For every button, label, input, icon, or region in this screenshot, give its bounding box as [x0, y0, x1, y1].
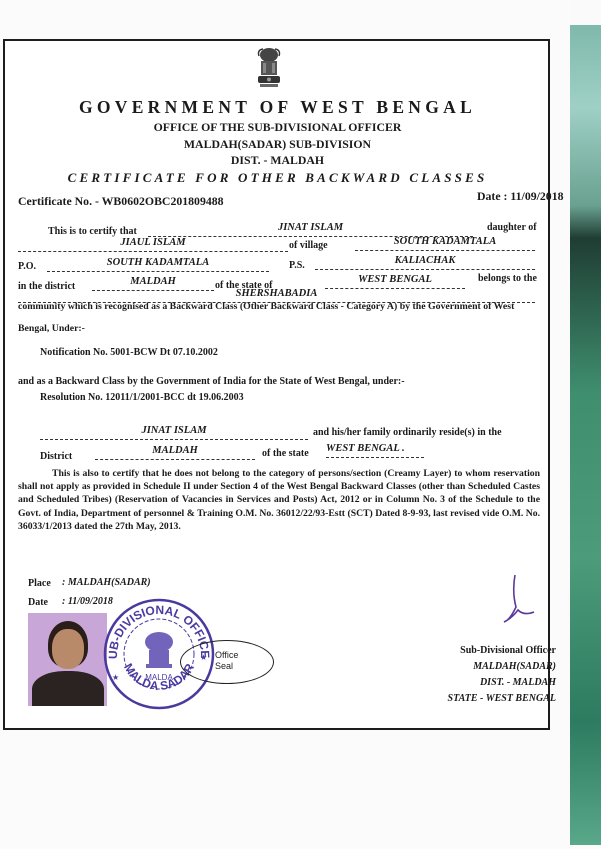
applicant-photo [28, 613, 107, 706]
subdivision-title: MALDAH(SADAR) SUB-DIVISION [0, 137, 555, 152]
place-value: : MALDAH(SADAR) [62, 577, 151, 588]
certificate-title: CERTIFICATE FOR OTHER BACKWARD CLASSES [0, 170, 555, 186]
belongs-label: belongs to the [478, 273, 537, 284]
residence-district-label: District [40, 451, 72, 462]
government-title: GOVERNMENT OF WEST BENGAL [0, 97, 555, 118]
residence-district: MALDAH [95, 445, 255, 460]
signatory-state: STATE - WEST BENGAL [448, 693, 556, 704]
signatory-district: DIST. - MALDAH [480, 677, 556, 688]
background-fabric [570, 25, 601, 845]
ps-label: P.S. [289, 260, 305, 271]
village-name: SOUTH KADAMTALA [355, 236, 535, 251]
resolution-text: Resolution No. 12011/1/2001-BCC dt 19.06… [40, 392, 244, 403]
background-top [570, 0, 601, 25]
state-emblem-icon [253, 46, 285, 92]
residence-state-label: of the state [262, 448, 309, 459]
place-label: Place [28, 578, 51, 589]
issue-date: Date : 11/09/2018 [477, 189, 564, 204]
reside-label: and his/her family ordinarily reside(s) … [313, 427, 502, 438]
district-title: DIST. - MALDAH [0, 153, 555, 168]
po-label: P.O. [18, 261, 36, 272]
office-seal-label: Office Seal [215, 650, 238, 672]
creamy-layer-text: This is also to certify that he does not… [18, 467, 540, 533]
svg-text:★: ★ [112, 673, 119, 682]
goi-text: and as a Backward Class by the Governmen… [18, 376, 405, 387]
village-label: of village [289, 240, 328, 251]
office-title: OFFICE OF THE SUB-DIVISIONAL OFFICER [0, 120, 555, 135]
notification-text: Notification No. 5001-BCW Dt 07.10.2002 [40, 347, 218, 358]
residence-state: WEST BENGAL . [326, 443, 424, 458]
state-name: WEST BENGAL [325, 274, 465, 289]
recognition-text: community which is recognised as a Backw… [18, 296, 538, 340]
certificate-number: Certificate No. - WB0602OBC201809488 [18, 194, 224, 209]
post-office: SOUTH KADAMTALA [47, 257, 269, 272]
applicant-name: JINAT ISLAM [148, 222, 473, 237]
resident-name: JINAT ISLAM [40, 425, 308, 440]
police-station: KALIACHAK [315, 255, 535, 270]
footer-date-label: Date [28, 597, 48, 608]
signature [500, 572, 540, 628]
svg-text:MALDA: MALDA [145, 673, 173, 682]
certify-label: This is to certify that [48, 226, 137, 237]
relation-label: daughter of [487, 222, 537, 233]
parent-name: JIAUL ISLAM [18, 237, 288, 252]
signatory-office: MALDAH(SADAR) [473, 661, 556, 672]
signatory-title: Sub-Divisional Officer [460, 645, 556, 656]
